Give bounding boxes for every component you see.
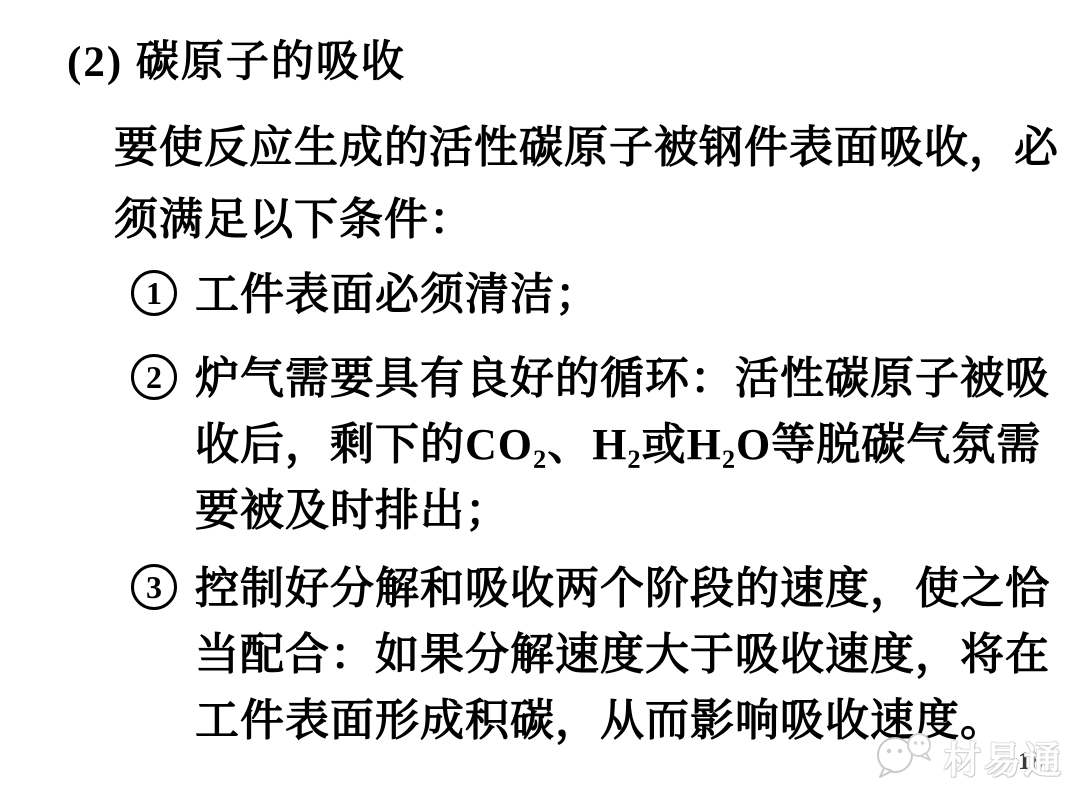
text-line: 工件表面必须清洁；: [195, 262, 600, 328]
text-line: 控制好分解和吸收两个阶段的速度，使之恰: [195, 556, 1050, 622]
watermark-text: 材易通: [944, 730, 1064, 784]
circled-number-1: 1: [131, 270, 177, 316]
list-item-text: 工件表面必须清洁；: [195, 262, 600, 328]
text-line: 炉气需要具有良好的循环：活性碳原子被吸: [195, 346, 1050, 412]
list-item-text: 控制好分解和吸收两个阶段的速度，使之恰 当配合：如果分解速度大于吸收速度，将在 …: [195, 556, 1050, 754]
text-line: 当配合：如果分解速度大于吸收速度，将在: [195, 622, 1050, 688]
intro-line: 须满足以下条件：: [114, 184, 1059, 256]
intro-paragraph: 要使反应生成的活性碳原子被钢件表面吸收，必 须满足以下条件：: [114, 112, 1059, 256]
text-line: 要被及时排出；: [195, 478, 1050, 544]
slide: (2) 碳原子的吸收 要使反应生成的活性碳原子被钢件表面吸收，必 须满足以下条件…: [0, 0, 1080, 810]
text-line: 收后，剩下的CO₂、H₂或H₂O等脱碳气氛需: [195, 412, 1050, 478]
slide-title: (2) 碳原子的吸收: [67, 28, 406, 89]
list-item-text: 炉气需要具有良好的循环：活性碳原子被吸 收后，剩下的CO₂、H₂或H₂O等脱碳气…: [195, 346, 1050, 544]
circled-number-2: 2: [131, 354, 177, 400]
list-item-2: 2 炉气需要具有良好的循环：活性碳原子被吸 收后，剩下的CO₂、H₂或H₂O等脱…: [131, 346, 1050, 544]
list-item-3: 3 控制好分解和吸收两个阶段的速度，使之恰 当配合：如果分解速度大于吸收速度，将…: [131, 556, 1050, 754]
intro-line: 要使反应生成的活性碳原子被钢件表面吸收，必: [114, 112, 1059, 184]
list-item-1: 1 工件表面必须清洁；: [131, 262, 600, 328]
circled-number-3: 3: [131, 564, 177, 610]
wechat-icon: [872, 732, 936, 782]
watermark: 材易通: [872, 730, 1064, 784]
